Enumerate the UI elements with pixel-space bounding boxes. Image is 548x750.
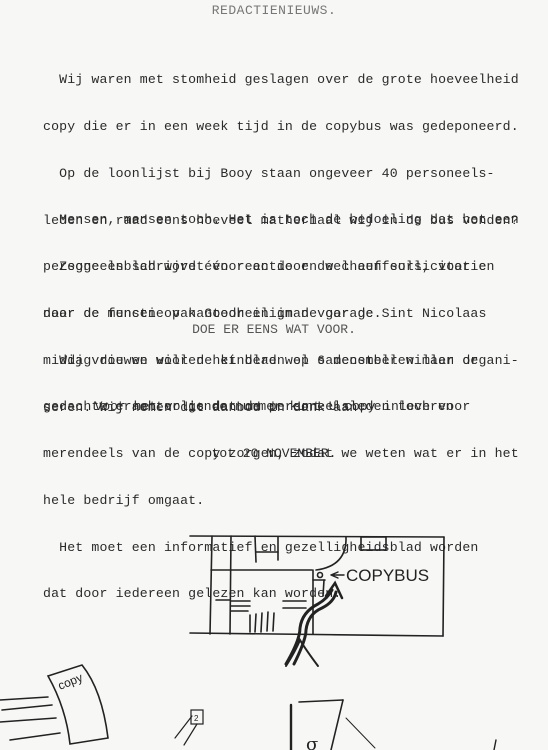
floor-plan-icon — [190, 536, 444, 636]
arrow-icon — [286, 583, 342, 666]
copy-paper-icon — [0, 665, 108, 744]
copy-paper-label: copy — [56, 670, 85, 692]
copybus-label: COPYBUS — [346, 566, 429, 585]
hand-drawn-illustration: COPYBUS copy 2 σ — [0, 0, 548, 750]
glass-symbol: σ — [306, 734, 318, 750]
small-box-label: 2 — [194, 714, 199, 723]
glass-icon — [291, 700, 496, 750]
small-box-icon — [175, 710, 203, 745]
